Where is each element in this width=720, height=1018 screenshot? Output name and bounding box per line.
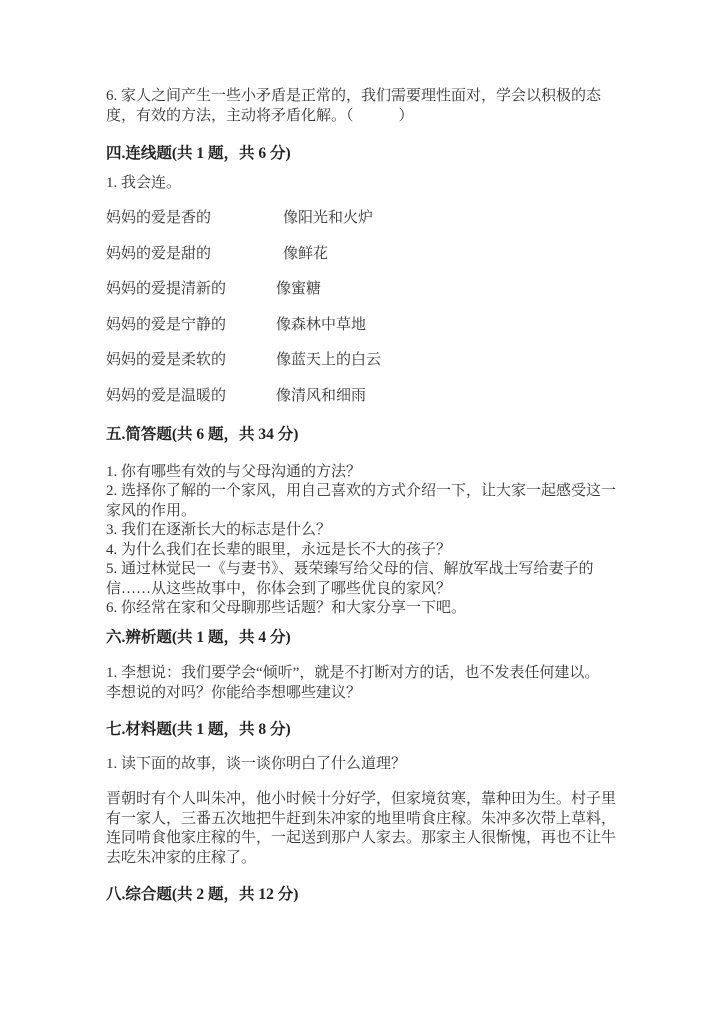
short-answer-question-list: 1. 你有哪些有效的与父母沟通的方法？ 2. 选择你了解的一个家风，用自己喜欢的… <box>106 463 626 619</box>
matching-intro: 1. 我会连。 <box>106 174 626 194</box>
short-answer-question: 2. 选择你了解的一个家风，用自己喜欢的方式介绍一下，让大家一起感受这一 家风的… <box>106 482 626 521</box>
matching-left-item: 妈妈的爱是甜的 <box>106 245 276 265</box>
short-answer-question: 5. 通过林觉民一《与妻书》、聂荣臻写给父母的信、解放军战士写给妻子的 信……从… <box>106 560 626 599</box>
matching-row: 妈妈的爱是柔软的 像蓝天上的白云 <box>106 351 626 371</box>
section-heading-comprehensive: 八.综合题(共 2 题，共 12 分) <box>106 885 626 905</box>
matching-right-item: 像阳光和火炉 <box>276 209 626 229</box>
matching-list: 妈妈的爱是香的 像阳光和火炉 妈妈的爱是甜的 像鲜花 妈妈的爱提清新的 像蜜糖 … <box>106 209 626 406</box>
matching-right-item: 像森林中草地 <box>276 316 626 336</box>
material-story: 晋朝时有个人叫朱冲，他小时候十分好学，但家境贫寒，靠种田为生。村子里 有一家人，… <box>106 790 626 868</box>
short-answer-question: 6. 你经常在家和父母聊那些话题？和大家分享一下吧。 <box>106 599 626 619</box>
section-heading-analysis: 六.辨析题(共 1 题，共 4 分) <box>106 628 626 648</box>
matching-right-item: 像鲜花 <box>276 245 626 265</box>
matching-left-item: 妈妈的爱是柔软的 <box>106 351 276 371</box>
matching-right-item: 像蓝天上的白云 <box>276 351 626 371</box>
short-answer-question: 1. 你有哪些有效的与父母沟通的方法？ <box>106 463 626 483</box>
exam-paper-page: 6. 家人之间产生一些小矛盾是正常的，我们需要理性面对，学会以积极的态 度，有效… <box>0 0 720 1018</box>
analysis-question: 1. 李想说：我们要学会“倾听”，就是不打断对方的话，也不发表任何建以。 李想说… <box>106 664 626 703</box>
matching-left-item: 妈妈的爱是香的 <box>106 209 276 229</box>
section-heading-matching: 四.连线题(共 1 题，共 6 分) <box>106 144 626 164</box>
matching-right-item: 像清风和细雨 <box>276 387 626 407</box>
matching-row: 妈妈的爱是温暖的 像清风和细雨 <box>106 387 626 407</box>
short-answer-question: 3. 我们在逐渐长大的标志是什么？ <box>106 521 626 541</box>
matching-left-item: 妈妈的爱提清新的 <box>106 280 276 300</box>
matching-row: 妈妈的爱是宁静的 像森林中草地 <box>106 316 626 336</box>
section-heading-short-answer: 五.简答题(共 6 题，共 34 分) <box>106 425 626 445</box>
matching-row: 妈妈的爱是香的 像阳光和火炉 <box>106 209 626 229</box>
matching-row: 妈妈的爱是甜的 像鲜花 <box>106 245 626 265</box>
true-false-question-6: 6. 家人之间产生一些小矛盾是正常的，我们需要理性面对，学会以积极的态 度，有效… <box>106 87 626 126</box>
matching-right-item: 像蜜糖 <box>276 280 626 300</box>
material-intro: 1. 读下面的故事，谈一谈你明白了什么道理？ <box>106 755 626 775</box>
matching-left-item: 妈妈的爱是宁静的 <box>106 316 276 336</box>
matching-row: 妈妈的爱提清新的 像蜜糖 <box>106 280 626 300</box>
section-heading-material: 七.材料题(共 1 题，共 8 分) <box>106 720 626 740</box>
matching-left-item: 妈妈的爱是温暖的 <box>106 387 276 407</box>
short-answer-question: 4. 为什么我们在长辈的眼里，永远是长不大的孩子？ <box>106 541 626 561</box>
